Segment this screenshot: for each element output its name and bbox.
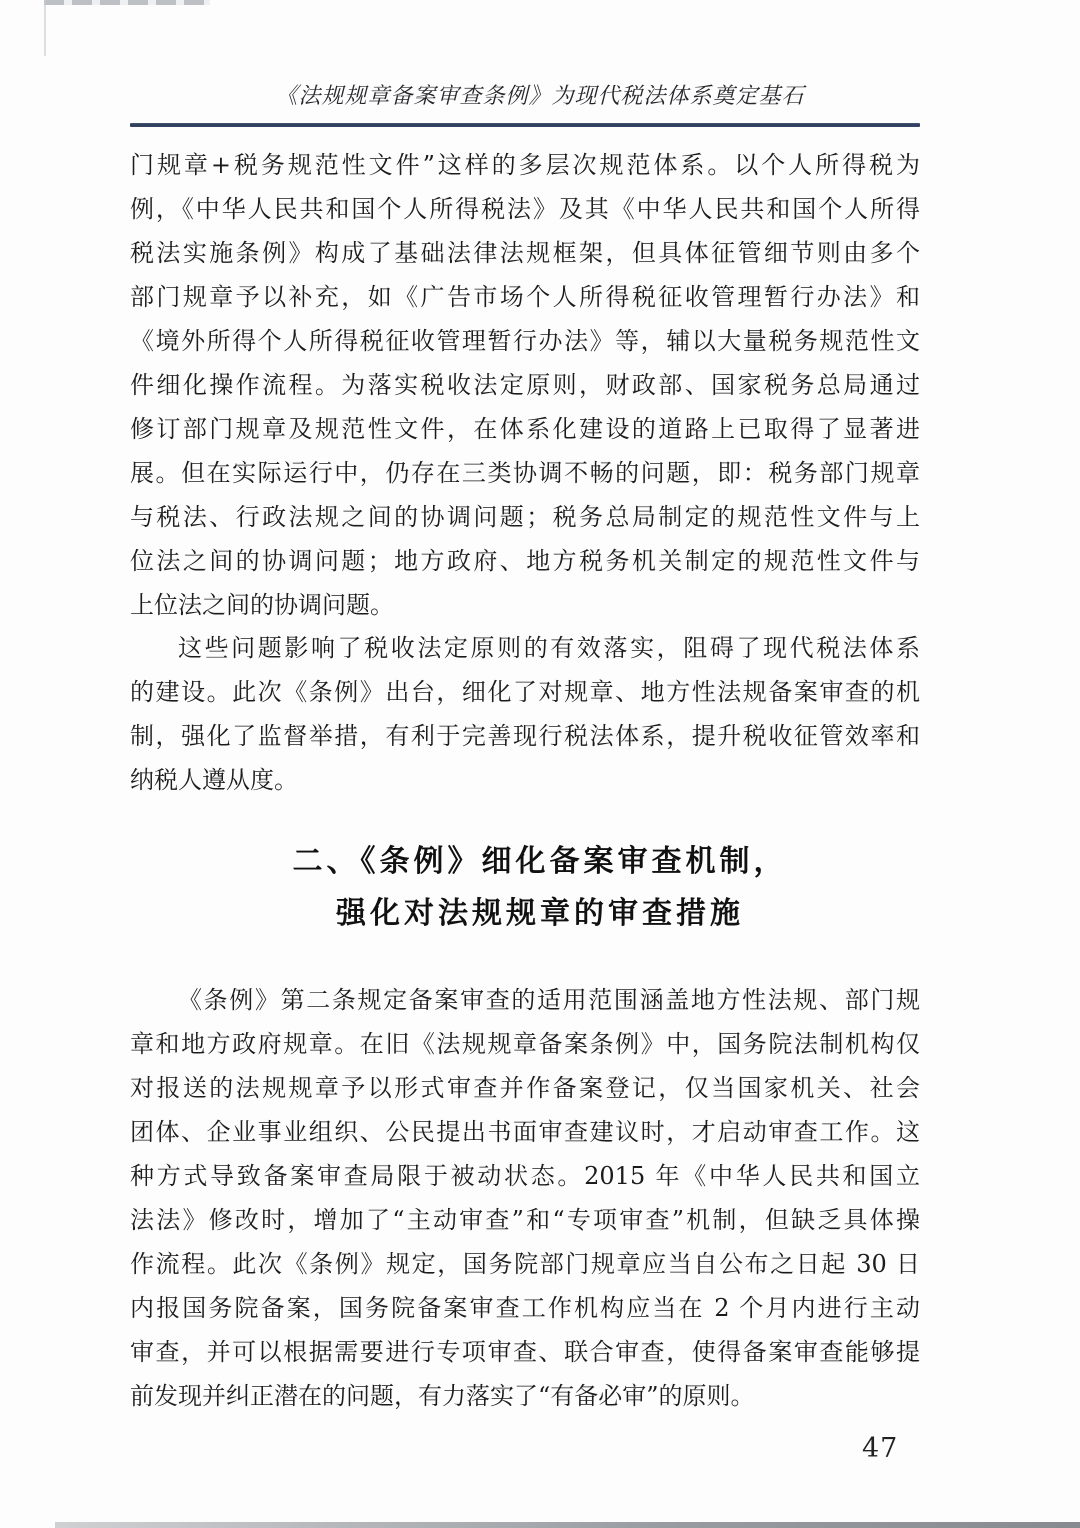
running-header-title: 《法规规章备案审查条例》为现代税法体系奠定基石 [0,82,1080,112]
text-line: 内报国务院备案，国务院备案审查工作机构应当在 2 个月内进行主动 [130,1286,920,1330]
text-line: 修订部门规章及规范性文件，在体系化建设的道路上已取得了显著进 [130,407,920,451]
paragraph-3: 《条例》第二条规定备案审查的适用范围涵盖地方性法规、部门规章和地方政府规章。在旧… [130,978,920,1418]
text-line: 的建设。此次《条例》出台，细化了对规章、地方性法规备案审查的机 [130,670,920,714]
scan-artifact-top [44,0,210,5]
text-line: 制，强化了监督举措，有利于完善现行税法体系，提升税收征管效率和 [130,714,920,758]
text-line: 税法实施条例》构成了基础法律法规框架，但具体征管细节则由多个 [130,231,920,275]
page-number: 47 [862,1432,898,1466]
text-line: 作流程。此次《条例》规定，国务院部门规章应当自公布之日起 30 日 [130,1242,920,1286]
text-line: 例，《中华人民共和国个人所得税法》及其《中华人民共和国个人所得 [130,187,920,231]
text-line: 门规章+税务规范性文件”这样的多层次规范体系。以个人所得税为 [130,143,920,187]
text-line: 章和地方政府规章。在旧《法规规章备案条例》中，国务院法制机构仅 [130,1022,920,1066]
text-line: 团体、企业事业组织、公民提出书面审查建议时，才启动审查工作。这 [130,1110,920,1154]
section-heading-line-2: 强化对法规规章的审查措施 [0,888,1080,940]
scan-artifact-left-line [44,0,46,56]
header-divider-rule [130,123,920,127]
text-line: 法法》修改时，增加了“主动审查”和“专项审查”机制，但缺乏具体操 [130,1198,920,1242]
text-line: 《境外所得个人所得税征收管理暂行办法》等，辅以大量税务规范性文 [130,319,920,363]
text-line: 展。但在实际运行中，仍存在三类协调不畅的问题，即：税务部门规章 [130,451,920,495]
text-line: 件细化操作流程。为落实税收法定原则，财政部、国家税务总局通过 [130,363,920,407]
text-line: 对报送的法规规章予以形式审查并作备案登记，仅当国家机关、社会 [130,1066,920,1110]
text-line: 部门规章予以补充，如《广告市场个人所得税征收管理暂行办法》和 [130,275,920,319]
text-line: 种方式导致备案审查局限于被动状态。2015 年《中华人民共和国立 [130,1154,920,1198]
text-line: 审查，并可以根据需要进行专项审查、联合审查，使得备案审查能够提 [130,1330,920,1374]
text-line: 与税法、行政法规之间的协调问题；税务总局制定的规范性文件与上 [130,495,920,539]
paragraph-2: 这些问题影响了税收法定原则的有效落实，阻碍了现代税法体系的建设。此次《条例》出台… [130,626,920,802]
text-line: 前发现并纠正潜在的问题，有力落实了“有备必审”的原则。 [130,1374,920,1418]
text-line: 《条例》第二条规定备案审查的适用范围涵盖地方性法规、部门规 [130,978,920,1022]
text-line: 上位法之间的协调问题。 [130,583,920,627]
scan-artifact-bottom [55,1522,1080,1528]
text-line: 这些问题影响了税收法定原则的有效落实，阻碍了现代税法体系 [130,626,920,670]
text-line: 位法之间的协调问题；地方政府、地方税务机关制定的规范性文件与 [130,539,920,583]
document-page: 《法规规章备案审查条例》为现代税法体系奠定基石 门规章+税务规范性文件”这样的多… [0,0,1080,1528]
section-heading: 二、《条例》细化备案审查机制， 强化对法规规章的审查措施 [0,836,1080,940]
text-line: 纳税人遵从度。 [130,758,920,802]
section-heading-line-1: 二、《条例》细化备案审查机制， [0,836,1080,888]
paragraph-1: 门规章+税务规范性文件”这样的多层次规范体系。以个人所得税为例，《中华人民共和国… [130,143,920,627]
